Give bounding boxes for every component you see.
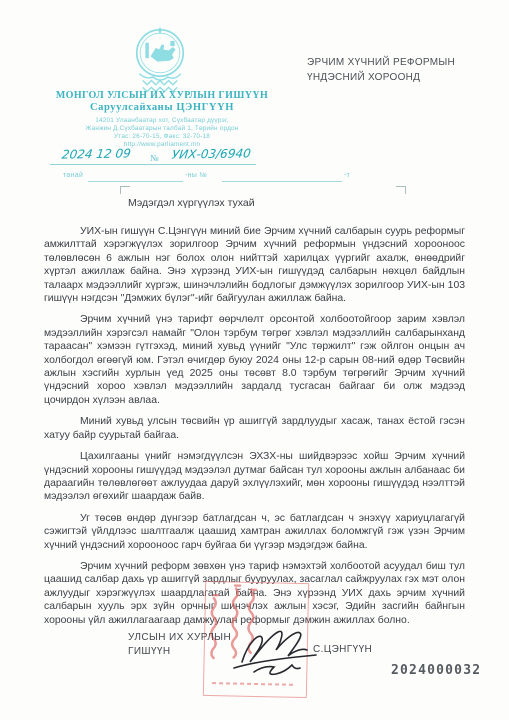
recipient-line1: ЭРЧИМ ХҮЧНИЙ РЕФОРМЫН [307, 55, 487, 70]
letterhead-address-line2: Жанжин Д.Сүхбаатарын талбай 1, Төрийн ор… [30, 125, 294, 132]
signatory-name: С.ЦЭНГҮҮН [313, 644, 372, 655]
paragraph-3: Миний хувьд улсын төсвийн үр ашиггүй зар… [44, 415, 465, 442]
handwritten-date: 2024 12 09 [61, 146, 132, 161]
corner-mark-right [396, 186, 406, 194]
ref-row2-line1 [88, 181, 183, 182]
signatory-position: УЛСЫН ИХ ХУРЛЫН ГИШҮҮН [128, 631, 231, 658]
handwritten-ref-number: УИХ-03/6940 [171, 146, 252, 161]
number-sign-label: № [150, 153, 159, 163]
date-underline [50, 164, 162, 165]
recipient-line2: ҮНДЭСНИЙ ХОРООНД [307, 70, 487, 85]
mongolia-state-emblem-icon [116, 22, 204, 96]
document-subject-title: Мэдэгдэл хүргүүлэх тухай [128, 197, 255, 209]
handwritten-signature-icon [224, 624, 324, 686]
ref-number-underline [162, 164, 256, 165]
ref-row2-line2 [222, 181, 342, 182]
corner-mark-left [120, 186, 130, 194]
ref-row2-mid: -ны № [185, 172, 207, 179]
paragraph-1: УИХ-ын гишүүн С.Цэнгүүн миний бие Эрчим … [44, 225, 465, 305]
letterhead-member-name: Саруулсайханы ЦЭНГҮҮН [30, 102, 294, 113]
paragraph-5: Уг төсөв өндөр дүнгээр батлагдсан ч, эс … [44, 512, 465, 552]
recipient-block: ЭРЧИМ ХҮЧНИЙ РЕФОРМЫН ҮНДЭСНИЙ ХОРООНД [307, 55, 487, 85]
paragraph-2: Эрчим хүчний үнэ тарифт өөрчлөлт орсонто… [44, 313, 465, 407]
registration-stamp-number: 2024000032 [391, 663, 481, 678]
letter-body: УИХ-ын гишүүн С.Цэнгүүн миний бие Эрчим … [44, 225, 465, 635]
letterhead-organization: МОНГОЛ УЛСЫН ИХ ХУРЛЫН ГИШҮҮН [30, 90, 294, 101]
letterhead-phone-fax: Утас: 26-70-15, Факс: 32-70-18 [30, 133, 294, 140]
ref-row2-suffix: -т [344, 172, 350, 179]
official-letter-page: МОНГОЛ УЛСЫН ИХ ХУРЛЫН ГИШҮҮН Саруулсайх… [0, 0, 509, 720]
paragraph-4: Цахилгааны үнийг нэмэгдүүлсэн ЭХЗХ-ны ши… [44, 450, 465, 504]
letterhead-address-line1: 14201 Улаанбаатар хот, Сүхбаатар дүүрэг, [30, 117, 294, 124]
ref-row2-prefix: танай [63, 172, 83, 179]
